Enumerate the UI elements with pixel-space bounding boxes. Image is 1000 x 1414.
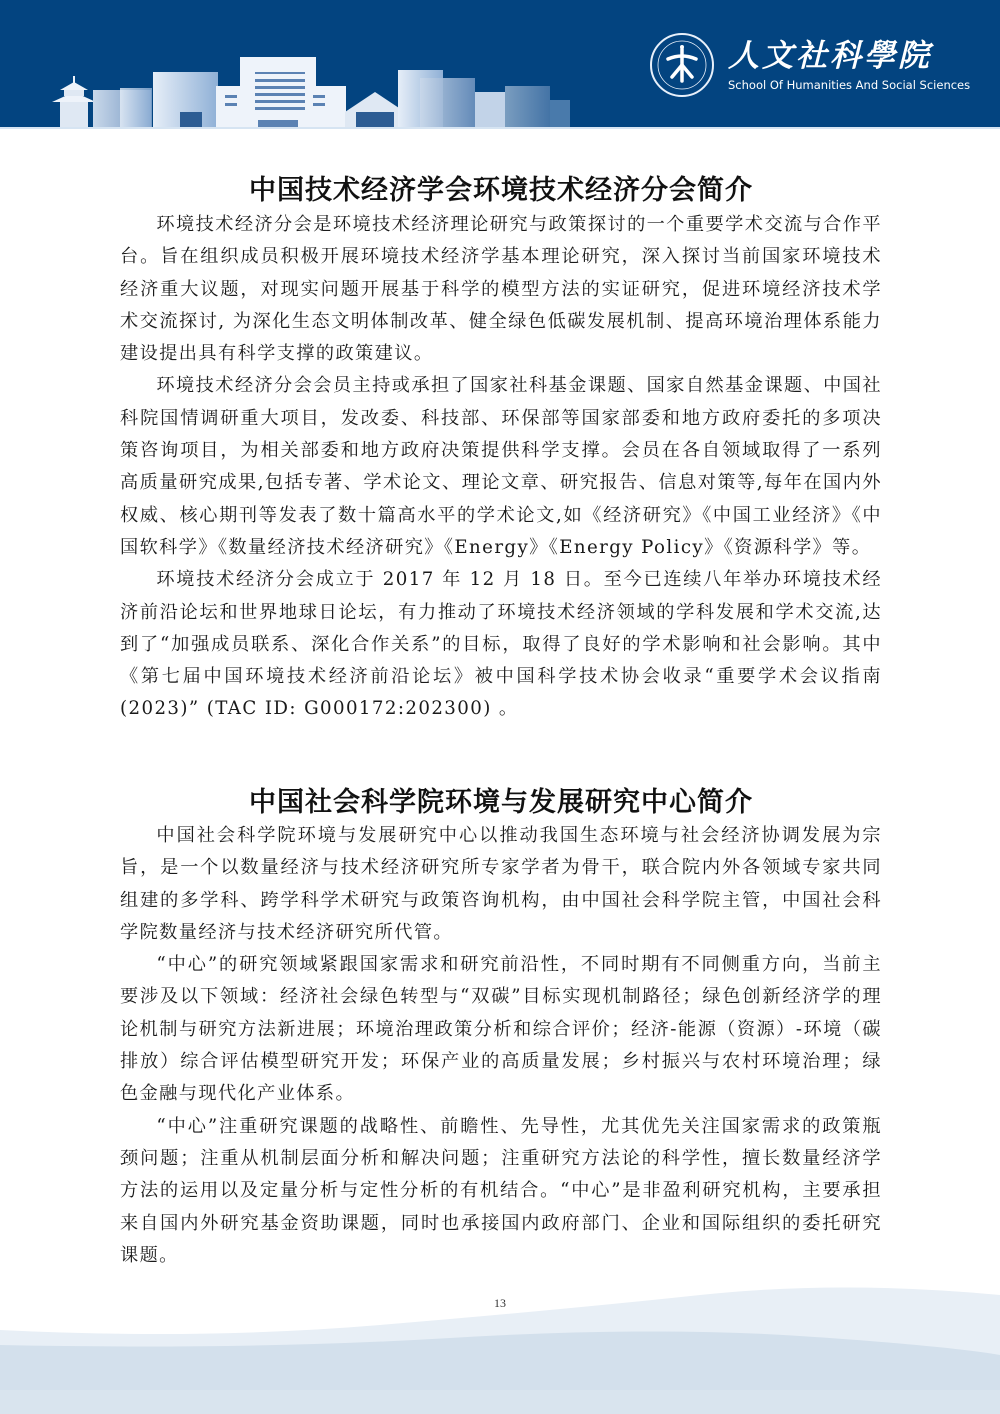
section-title: 中国社会科学院环境与发展研究中心简介 (120, 780, 882, 819)
paragraph: 中国社会科学院环境与发展研究中心以推动我国生态环境与社会经济协调发展为宗旨，是一… (120, 820, 882, 949)
section-body: 环境技术经济分会是环境技术经济理论研究与政策探讨的一个重要学术交流与合作平台。旨… (120, 209, 882, 726)
section-body: 中国社会科学院环境与发展研究中心以推动我国生态环境与社会经济协调发展为宗旨，是一… (120, 820, 882, 1272)
section-title: 中国技术经济学会环境技术经济分会简介 (120, 168, 882, 207)
paragraph: 环境技术经济分会是环境技术经济理论研究与政策探讨的一个重要学术交流与合作平台。旨… (120, 209, 882, 370)
paragraph: “中心”的研究领域紧跟国家需求和研究前沿性，不同时期有不同侧重方向，当前主要涉及… (120, 949, 882, 1110)
page-number: 13 (0, 1296, 1000, 1311)
paragraph: 环境技术经济分会会员主持或承担了国家社科基金课题、国家自然基金课题、中国社科院国… (120, 370, 882, 564)
header-divider (0, 127, 1000, 129)
school-name-cn: 人文社科學院 (728, 38, 970, 74)
paragraph: 环境技术经济分会成立于 2017 年 12 月 18 日。至今已连续八年举办环境… (120, 564, 882, 725)
campus-skyline-icon (0, 0, 620, 129)
school-name-en: School Of Humanities And Social Sciences (728, 78, 970, 92)
school-logo: 人文社科學院 School Of Humanities And Social S… (650, 30, 970, 100)
wave-landscape-icon (0, 1250, 1000, 1414)
paragraph: “中心”注重研究课题的战略性、前瞻性、先导性，尤其优先关注国家需求的政策瓶颈问题… (120, 1111, 882, 1272)
page-header: 人文社科學院 School Of Humanities And Social S… (0, 0, 1000, 129)
school-emblem-icon (650, 33, 714, 97)
